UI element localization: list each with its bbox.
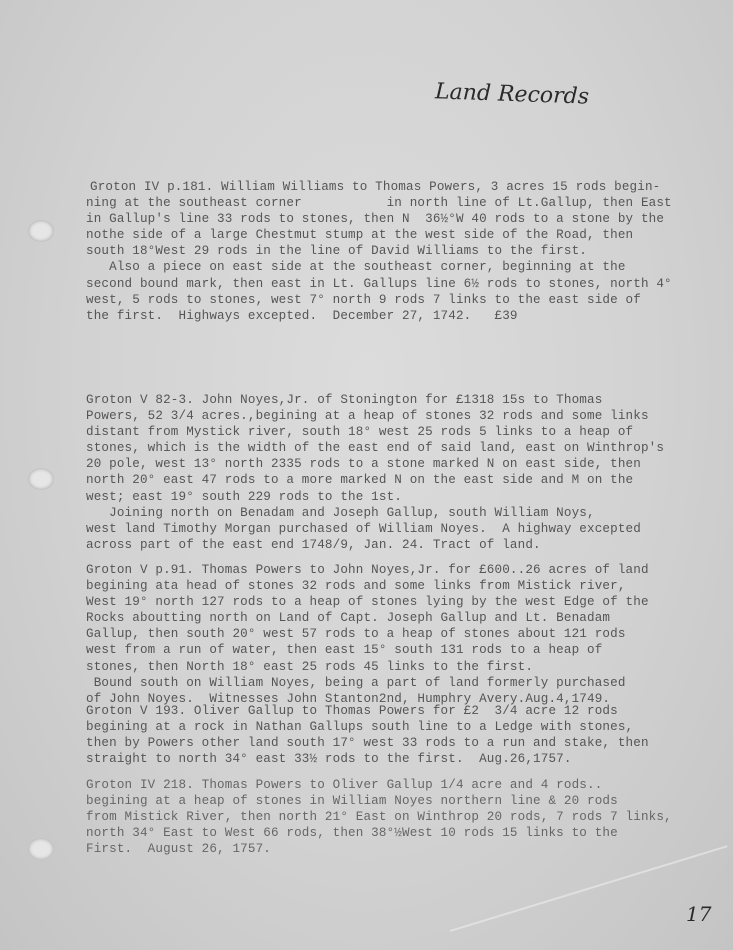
deed-entry-groton-iv-218: Groton IV 218. Thomas Powers to Oliver G… xyxy=(86,777,726,857)
entry-line: Bound south on William Noyes, being a pa… xyxy=(86,675,726,691)
entry-line: north 20° east 47 rods to a more marked … xyxy=(86,472,726,488)
entry-line: west, 5 rods to stones, west 7° north 9 … xyxy=(86,292,730,308)
deed-entry-groton-v-p91: Groton V p.91. Thomas Powers to John Noy… xyxy=(86,562,726,707)
entry-line: First. August 26, 1757. xyxy=(86,841,726,857)
entry-line: nothe side of a large Chestmut stump at … xyxy=(86,227,730,243)
entry-line: 20 pole, west 13° north 2335 rods to a s… xyxy=(86,456,726,472)
entry-line: Groton V p.91. Thomas Powers to John Noy… xyxy=(86,562,726,578)
entry-line: Joining north on Benadam and Joseph Gall… xyxy=(86,505,726,521)
entry-line: across part of the east end 1748/9, Jan.… xyxy=(86,537,726,553)
entry-line: west land Timothy Morgan purchased of Wi… xyxy=(86,521,726,537)
entry-line: West 19° north 127 rods to a heap of sto… xyxy=(86,594,726,610)
entry-line: Powers, 52 3/4 acres.,begining at a heap… xyxy=(86,408,726,424)
entry-line: then by Powers other land south 17° west… xyxy=(86,735,726,751)
entry-line: distant from Mystick river, south 18° we… xyxy=(86,424,726,440)
scanned-page: Land Records Groton IV p.181. William Wi… xyxy=(0,0,733,950)
handwritten-page-number: 17 xyxy=(686,902,711,926)
entry-line: Groton V 82-3. John Noyes,Jr. of Stoning… xyxy=(86,392,726,408)
entry-line: begining at a heap of stones in William … xyxy=(86,793,726,809)
entry-line: the first. Highways excepted. December 2… xyxy=(86,308,730,324)
entry-line: Groton IV p.181. William Williams to Tho… xyxy=(90,179,730,195)
binder-hole xyxy=(28,468,54,490)
deed-entry-groton-v-82-3: Groton V 82-3. John Noyes,Jr. of Stoning… xyxy=(86,392,726,553)
binder-hole xyxy=(28,220,54,242)
entry-line: Rocks aboutting north on Land of Capt. J… xyxy=(86,610,726,626)
entry-line: second bound mark, then east in Lt. Gall… xyxy=(86,276,730,292)
entry-line: Gallup, then south 20° west 57 rods to a… xyxy=(86,626,726,642)
entry-line: stones, then North 18° east 25 rods 45 l… xyxy=(86,659,726,675)
handwritten-heading: Land Records xyxy=(435,79,590,109)
entry-line: west; east 19° south 229 rods to the 1st… xyxy=(86,489,726,505)
entry-line: west from a run of water, then east 15° … xyxy=(86,642,726,658)
entry-line: Groton IV 218. Thomas Powers to Oliver G… xyxy=(86,777,726,793)
entry-line: straight to north 34° east 33½ rods to t… xyxy=(86,751,726,767)
entry-line: north 34° East to West 66 rods, then 38°… xyxy=(86,825,726,841)
entry-line: ning at the southeast corner in north li… xyxy=(86,195,730,211)
deed-entry-groton-v-193: Groton V 193. Oliver Gallup to Thomas Po… xyxy=(86,703,726,767)
binder-hole xyxy=(28,838,54,860)
entry-line: Groton V 193. Oliver Gallup to Thomas Po… xyxy=(86,703,726,719)
entry-line: Also a piece on east side at the southea… xyxy=(86,259,730,275)
entry-line: in Gallup's line 33 rods to stones, then… xyxy=(86,211,730,227)
deed-entry-groton-iv-181: Groton IV p.181. William Williams to Tho… xyxy=(90,179,730,324)
entry-line: from Mistick River, then north 21° East … xyxy=(86,809,726,825)
entry-line: begining ata head of stones 32 rods and … xyxy=(86,578,726,594)
entry-line: south 18°West 29 rods in the line of Dav… xyxy=(86,243,730,259)
entry-line: stones, which is the width of the east e… xyxy=(86,440,726,456)
entry-line: begining at a rock in Nathan Gallups sou… xyxy=(86,719,726,735)
